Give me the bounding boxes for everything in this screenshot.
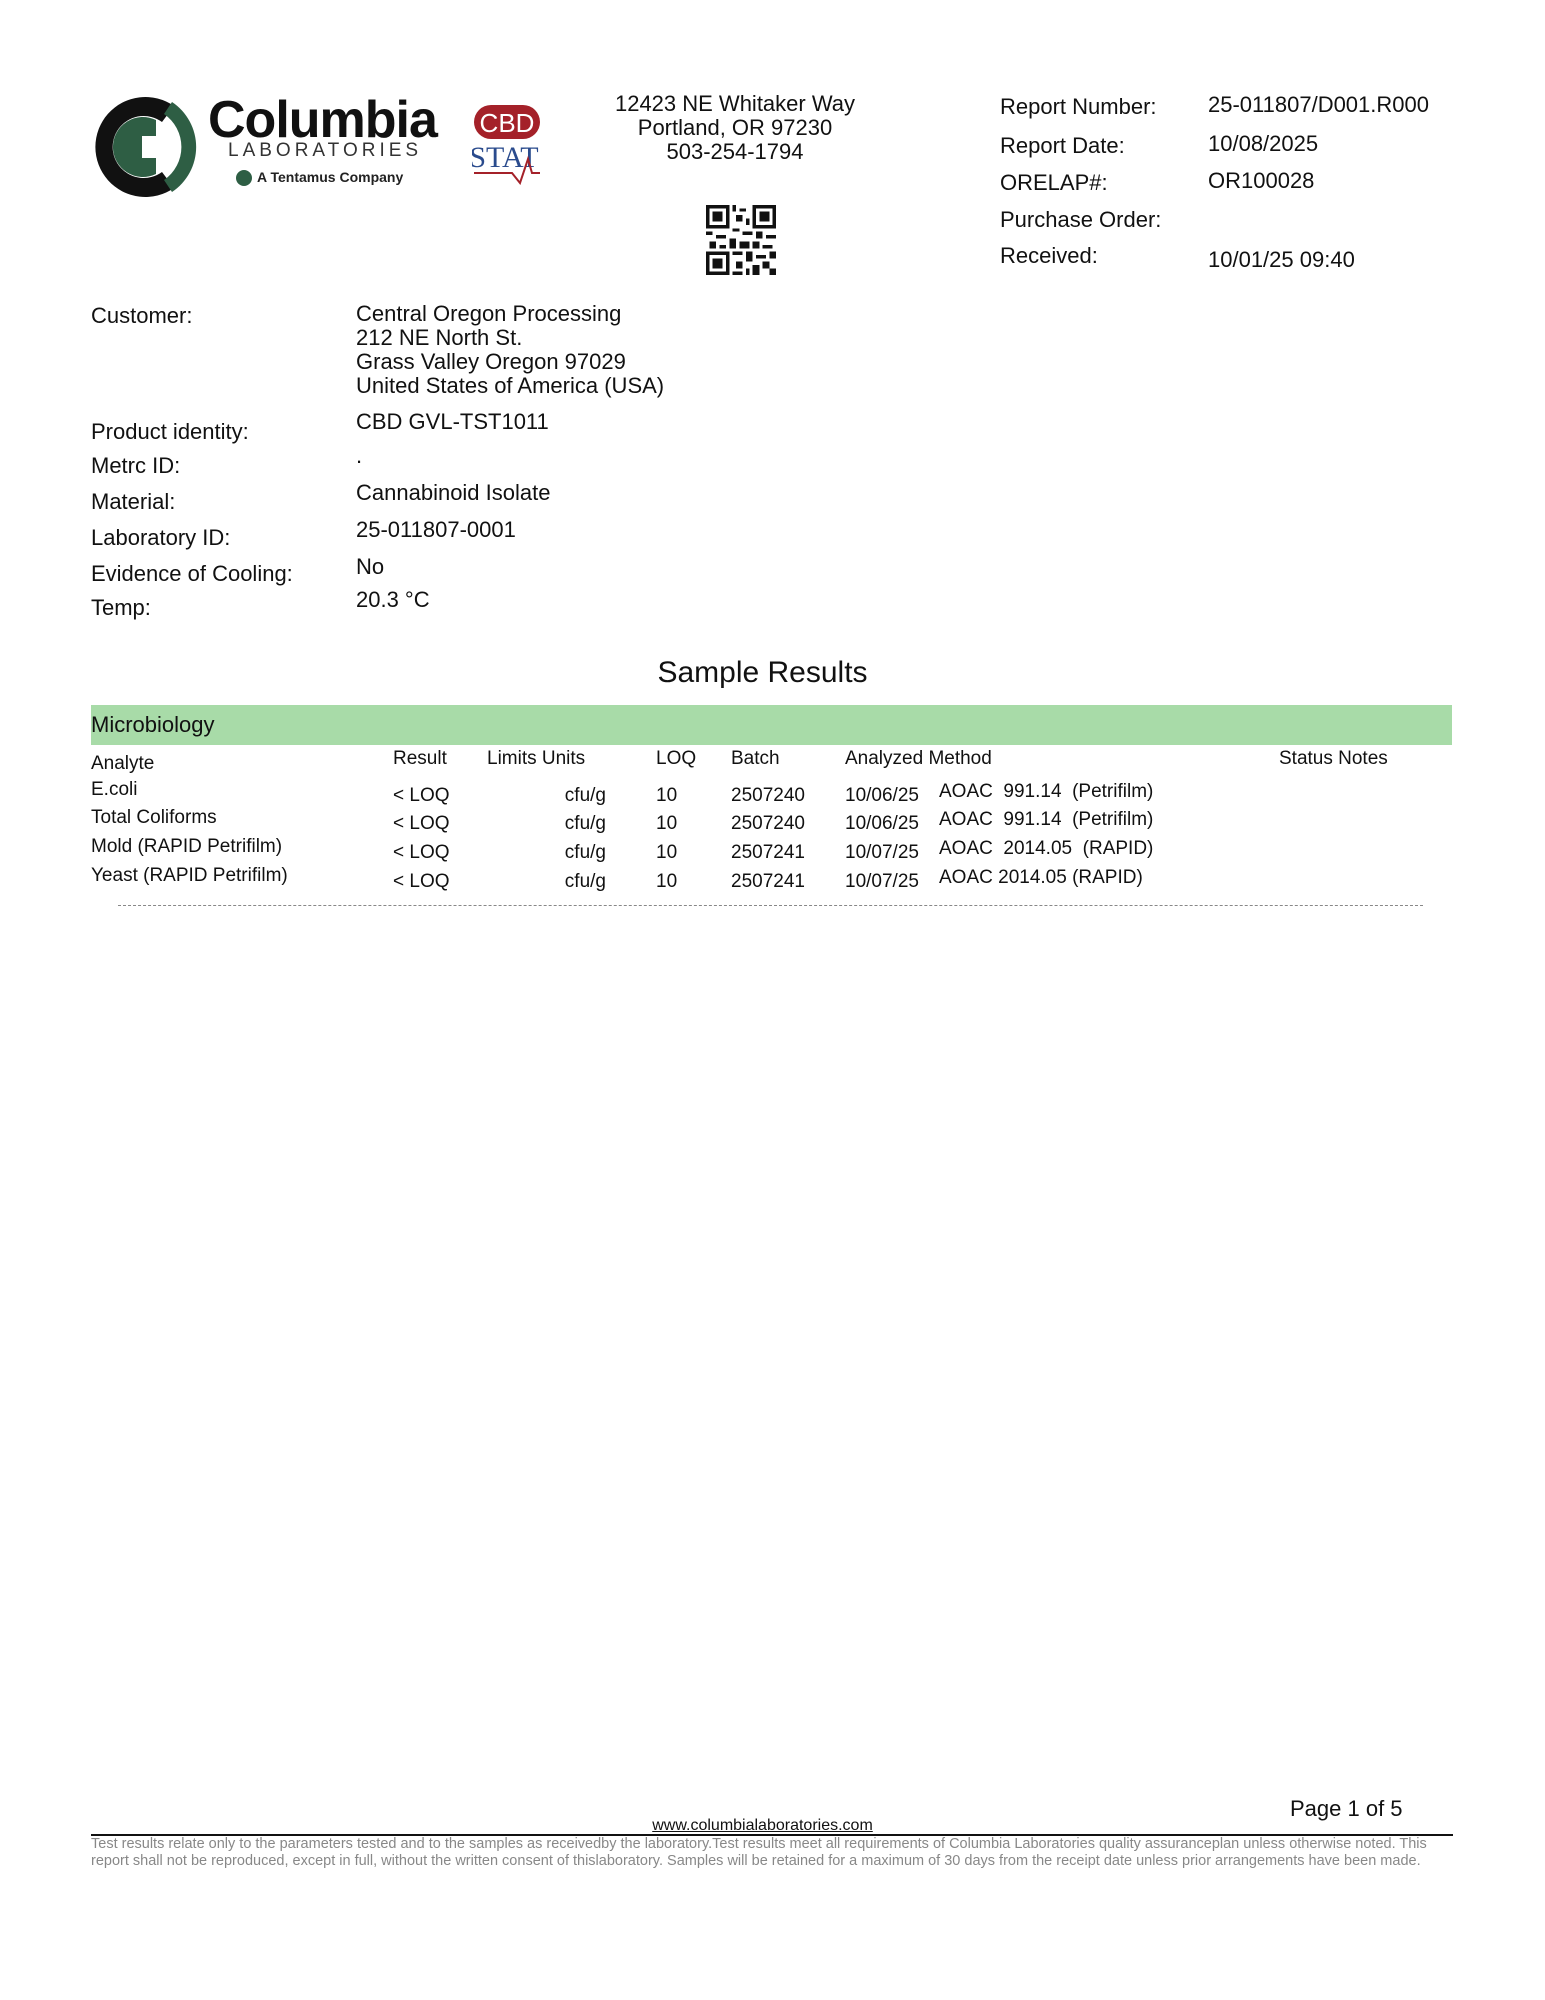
- report-number-value: 25-011807/D001.R000: [1208, 93, 1429, 117]
- col-batch: Batch: [731, 748, 780, 770]
- col-limits-units: Limits Units: [487, 748, 585, 770]
- report-number-label: Report Number:: [1000, 95, 1157, 119]
- material-label: Material:: [91, 490, 175, 514]
- cell-analyzed-date: 10/06/25: [845, 813, 919, 835]
- cell-loq: 10: [656, 871, 677, 893]
- col-loq: LOQ: [656, 748, 696, 770]
- cell-analyte: Yeast (RAPID Petrifilm): [91, 865, 288, 887]
- section-header-bar: [91, 705, 1452, 745]
- cell-units: cfu/g: [540, 785, 606, 807]
- cell-units: cfu/g: [540, 871, 606, 893]
- tentamus-leaf-icon: [236, 170, 252, 186]
- col-analyte: Analyte: [91, 753, 154, 775]
- cell-analyte: Mold (RAPID Petrifilm): [91, 836, 282, 858]
- sample-results-title: Sample Results: [0, 656, 1525, 690]
- purchase-order-label: Purchase Order:: [1000, 208, 1161, 232]
- cell-result: < LOQ: [393, 813, 450, 835]
- metrc-id-label: Metrc ID:: [91, 454, 180, 478]
- cell-method: AOAC 2014.05 (RAPID): [939, 867, 1143, 889]
- customer-name: Central Oregon Processing: [356, 302, 621, 326]
- metrc-id-value: .: [356, 444, 362, 468]
- material-value: Cannabinoid Isolate: [356, 481, 550, 505]
- cell-method: AOAC 991.14 (Petrifilm): [939, 809, 1153, 831]
- temp-label: Temp:: [91, 596, 151, 620]
- cell-units: cfu/g: [540, 842, 606, 864]
- laboratory-id-value: 25-011807-0001: [356, 518, 516, 542]
- tagline-text: A Tentamus Company: [257, 169, 403, 185]
- received-label: Received:: [1000, 244, 1098, 268]
- laboratory-id-label: Laboratory ID:: [91, 526, 230, 550]
- customer-city: Grass Valley Oregon 97029: [356, 350, 626, 374]
- cell-loq: 10: [656, 813, 677, 835]
- customer-label: Customer:: [91, 304, 192, 328]
- col-status-notes: Status Notes: [1279, 748, 1388, 770]
- cell-batch: 2507240: [731, 785, 805, 807]
- report-date-value: 10/08/2025: [1208, 132, 1318, 156]
- brand-subtitle: LABORATORIES: [228, 141, 422, 161]
- cell-batch: 2507241: [731, 871, 805, 893]
- lab-address: 12423 NE Whitaker Way Portland, OR 97230…: [600, 92, 870, 164]
- cell-method: AOAC 991.14 (Petrifilm): [939, 781, 1153, 803]
- address-phone: 503-254-1794: [600, 140, 870, 164]
- svg-text:STAT: STAT: [472, 141, 539, 174]
- cell-result: < LOQ: [393, 842, 450, 864]
- cell-method: AOAC 2014.05 (RAPID): [939, 838, 1153, 860]
- cell-result: < LOQ: [393, 871, 450, 893]
- received-value: 10/01/25 09:40: [1208, 248, 1355, 272]
- temp-value: 20.3 °C: [356, 588, 430, 612]
- cell-analyzed-date: 10/06/25: [845, 785, 919, 807]
- cell-units: cfu/g: [540, 813, 606, 835]
- cell-loq: 10: [656, 842, 677, 864]
- address-line: 12423 NE Whitaker Way: [600, 92, 870, 116]
- orelap-value: OR100028: [1208, 169, 1314, 193]
- customer-street: 212 NE North St.: [356, 326, 522, 350]
- website-link[interactable]: www.columbialaboratories.com: [0, 1817, 1525, 1835]
- columbia-logo-icon: [92, 92, 206, 202]
- cell-batch: 2507241: [731, 842, 805, 864]
- report-date-label: Report Date:: [1000, 134, 1125, 158]
- col-analyzed-method: Analyzed Method: [845, 748, 992, 770]
- svg-text:CBD: CBD: [480, 108, 535, 138]
- cooling-label: Evidence of Cooling:: [91, 562, 293, 586]
- orelap-label: ORELAP#:: [1000, 171, 1108, 195]
- brand-tagline: A Tentamus Company: [236, 168, 403, 186]
- section-title-microbiology: Microbiology: [91, 713, 215, 737]
- table-end-divider: [118, 905, 1423, 906]
- address-line: Portland, OR 97230: [600, 116, 870, 140]
- cbd-stat-badge-icon: CBD STAT: [472, 103, 542, 185]
- cell-analyzed-date: 10/07/25: [845, 871, 919, 893]
- disclaimer-text: Test results relate only to the paramete…: [91, 1836, 1453, 1870]
- cooling-value: No: [356, 555, 384, 579]
- qr-code-icon[interactable]: [706, 205, 776, 275]
- customer-country: United States of America (USA): [356, 374, 664, 398]
- cell-analyte: E.coli: [91, 779, 137, 801]
- cell-result: < LOQ: [393, 785, 450, 807]
- col-result: Result: [393, 748, 447, 770]
- cell-batch: 2507240: [731, 813, 805, 835]
- product-identity-value: CBD GVL-TST1011: [356, 410, 549, 434]
- cell-analyzed-date: 10/07/25: [845, 842, 919, 864]
- cell-analyte: Total Coliforms: [91, 807, 217, 829]
- cell-loq: 10: [656, 785, 677, 807]
- product-identity-label: Product identity:: [91, 420, 249, 444]
